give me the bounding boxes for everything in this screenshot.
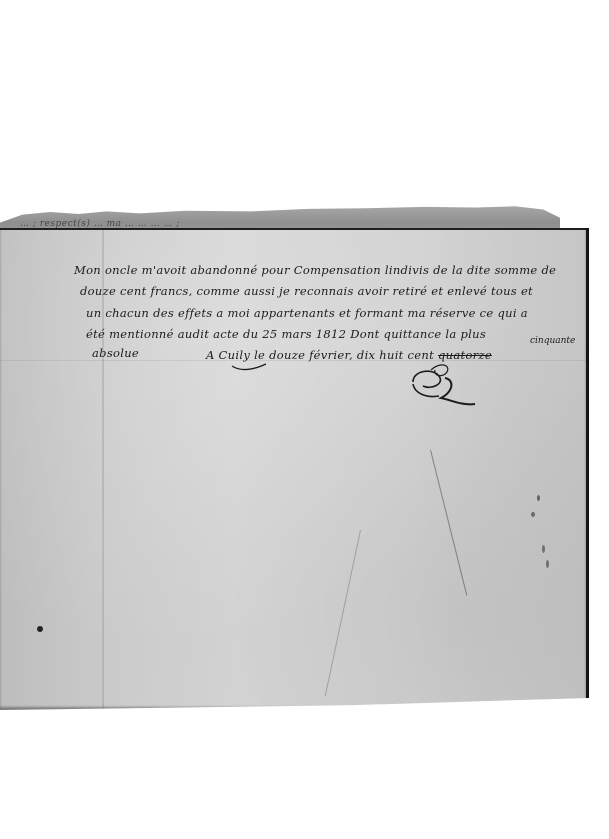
text-line-5: absolue xyxy=(92,346,139,360)
torn-top-text: … ; respect(s) … ma … … … … ; xyxy=(20,219,380,229)
struck-word: quatorze xyxy=(438,348,492,362)
paper-crease xyxy=(430,450,467,596)
vertical-fold-line xyxy=(102,230,104,710)
ink-speck xyxy=(546,560,549,568)
scanned-page: … ; respect(s) … ma … … … … ; Mon oncle … xyxy=(0,0,609,839)
text-line-1: Mon oncle m'avoit abandonné pour Compens… xyxy=(74,263,556,277)
underline-flourish xyxy=(230,360,270,374)
signature-paraph xyxy=(405,362,480,410)
ink-speck xyxy=(542,545,545,553)
ink-spot xyxy=(37,626,43,632)
interlinear-insertion: cinquante xyxy=(530,336,575,346)
text-line-3: un chacun des effets a moi appartenants … xyxy=(86,306,528,320)
ink-speck xyxy=(531,512,535,517)
text-line-4: été mentionné audit acte du 25 mars 1812… xyxy=(86,327,486,341)
paper-sheet xyxy=(0,228,589,710)
text-line-2: douze cent francs, comme aussi je reconn… xyxy=(80,284,533,298)
ink-speck xyxy=(537,495,540,501)
paper-crease xyxy=(325,530,361,696)
